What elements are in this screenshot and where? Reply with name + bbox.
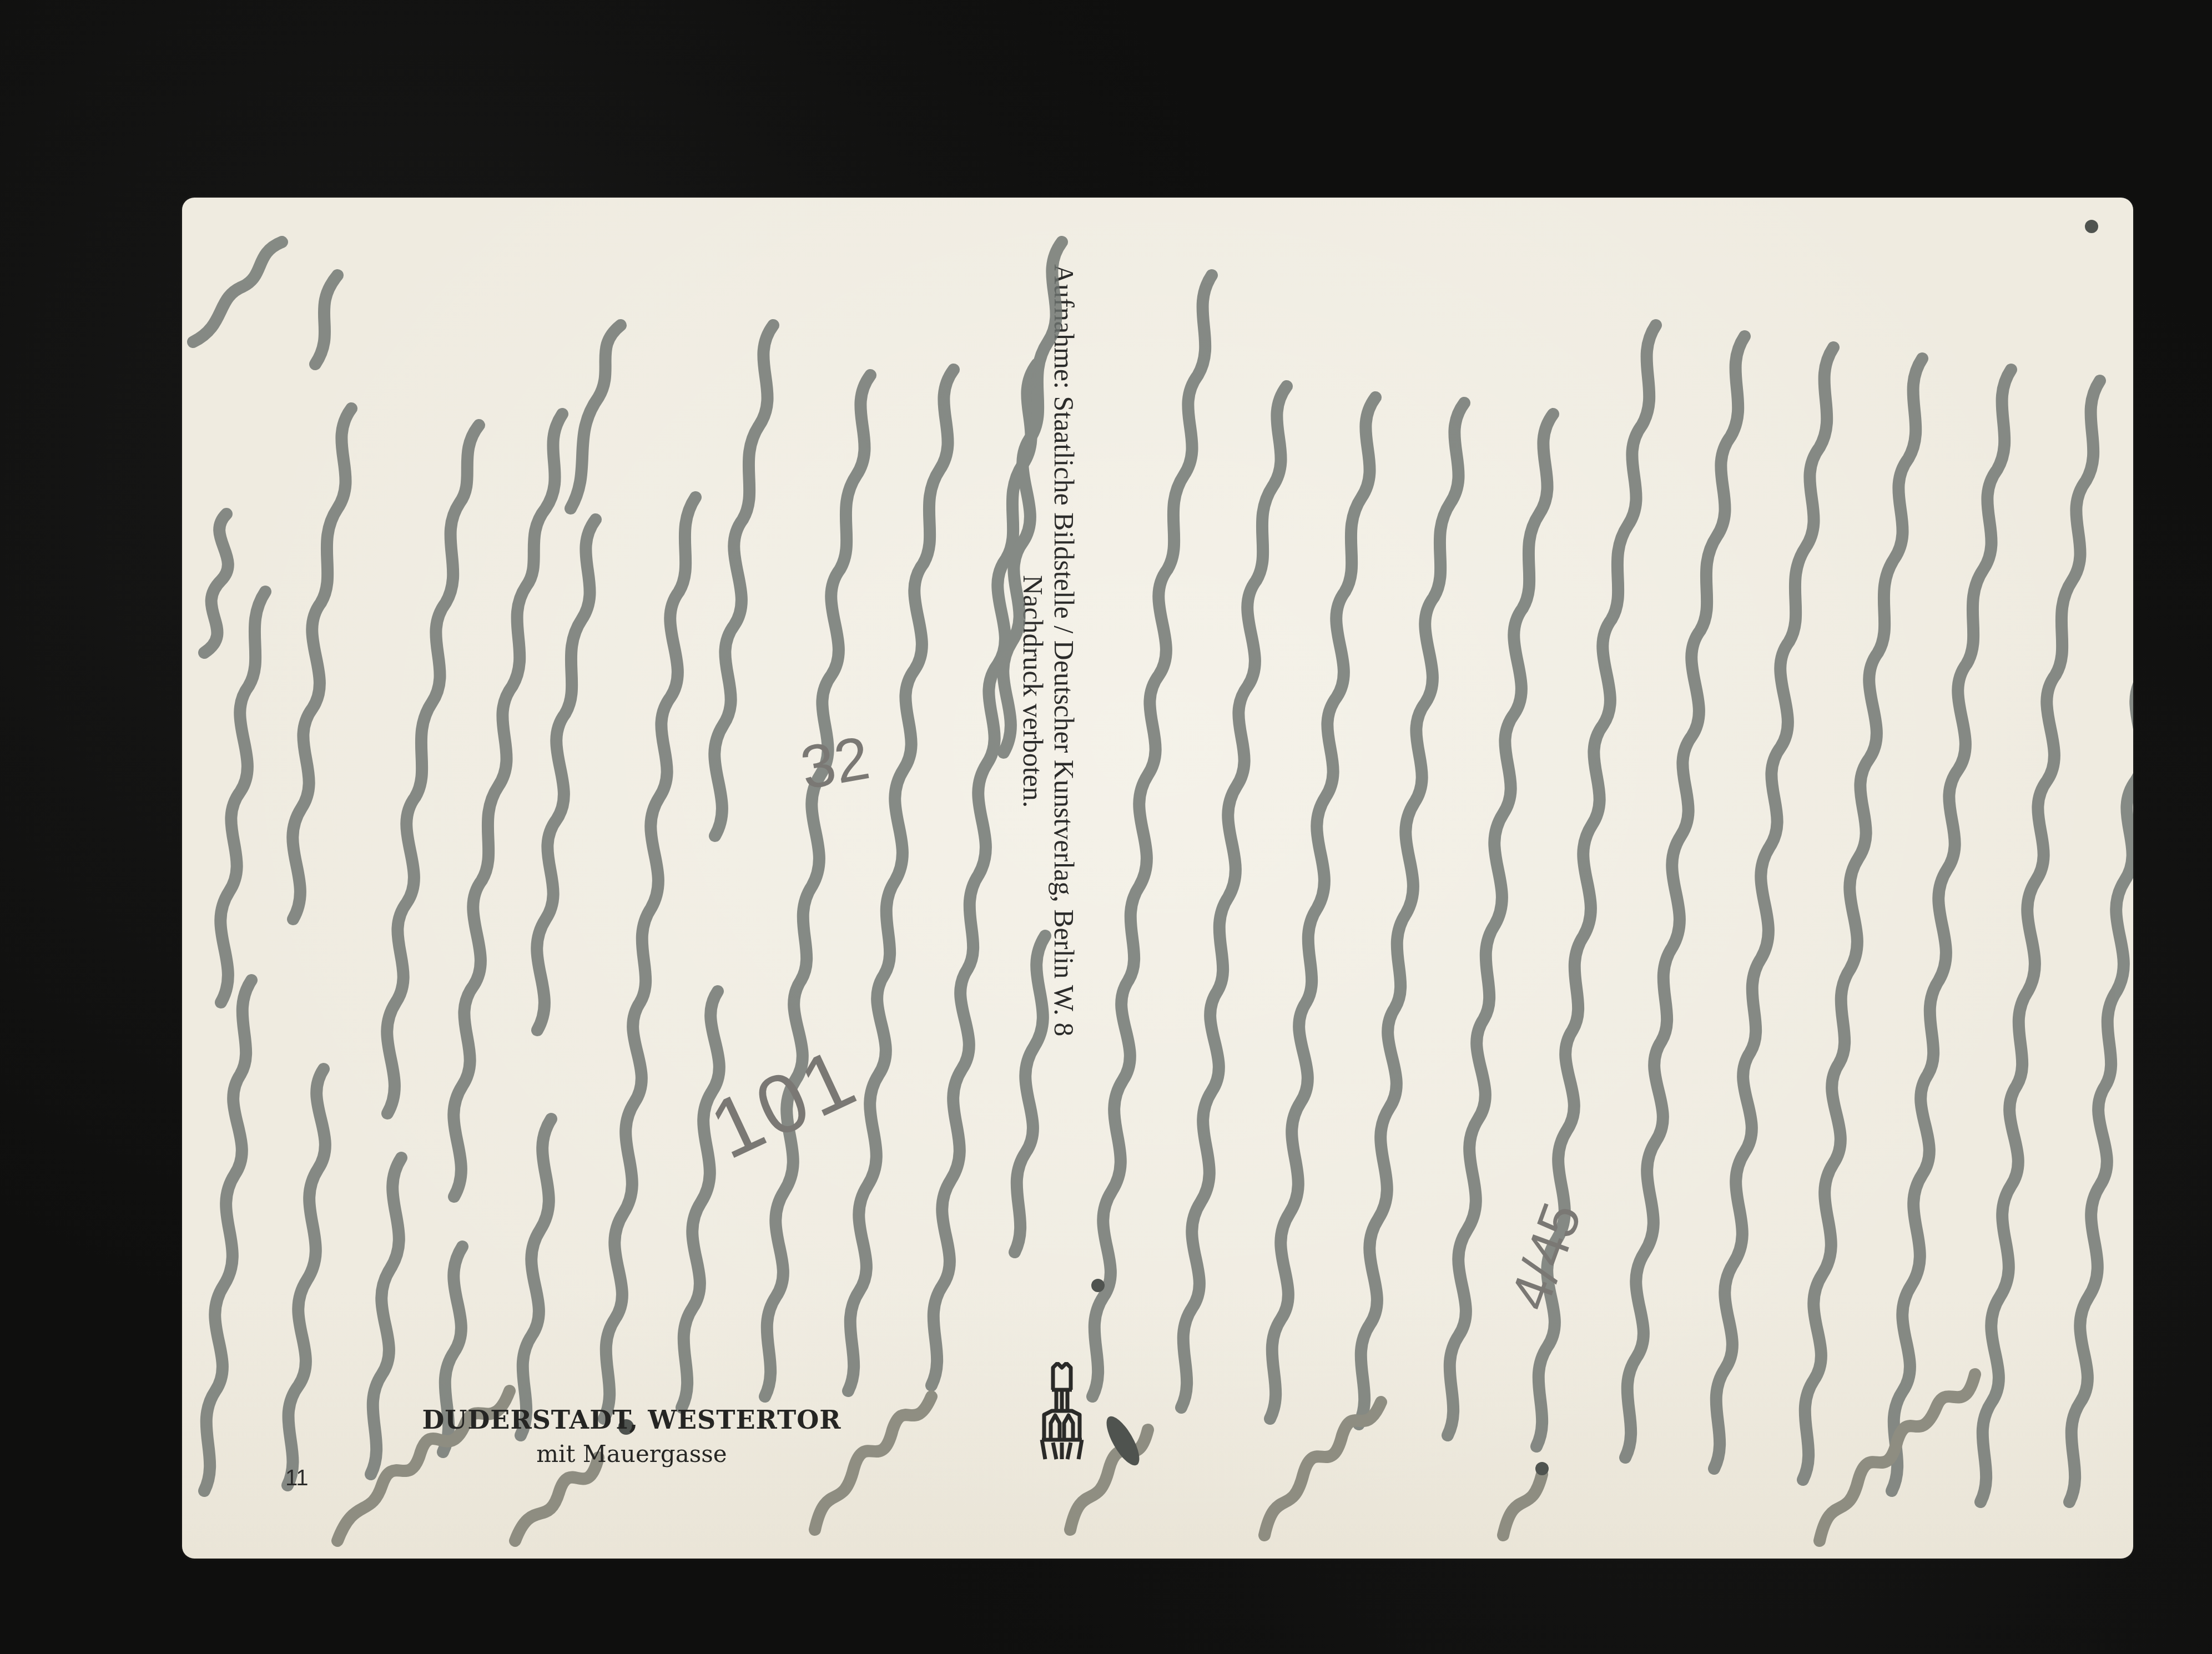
- ink-column-8: [765, 375, 870, 1396]
- ink-column-2: [288, 275, 351, 1485]
- ink-column-9: [848, 370, 954, 1391]
- ink-column-7: [682, 325, 773, 1408]
- pencil-annotation-32: 32: [795, 722, 875, 803]
- ink-column-13: [1181, 386, 1287, 1408]
- tower-icon: [1040, 1362, 1084, 1462]
- ink-dots: [618, 220, 2098, 1475]
- ink-column-14: [1270, 397, 1375, 1419]
- card-number: 11: [285, 1466, 309, 1491]
- caption-title: DUDERSTADT, WESTERTOR: [387, 1405, 876, 1435]
- ink-column-6: [604, 497, 696, 1419]
- ink-column-1: [193, 242, 282, 1491]
- handwritten-message: [182, 198, 2133, 1559]
- caption: DUDERSTADT, WESTERTOR mit Mauergasse: [387, 1405, 876, 1468]
- ink-column-5: [521, 325, 621, 1435]
- ink-column-11: [1003, 242, 1062, 1252]
- ink-column-15: [1359, 403, 1464, 1424]
- postcard: Aufnahme: Staatliche Bildstelle / Deutsc…: [182, 198, 2133, 1559]
- caption-subtitle: mit Mauergasse: [387, 1440, 876, 1468]
